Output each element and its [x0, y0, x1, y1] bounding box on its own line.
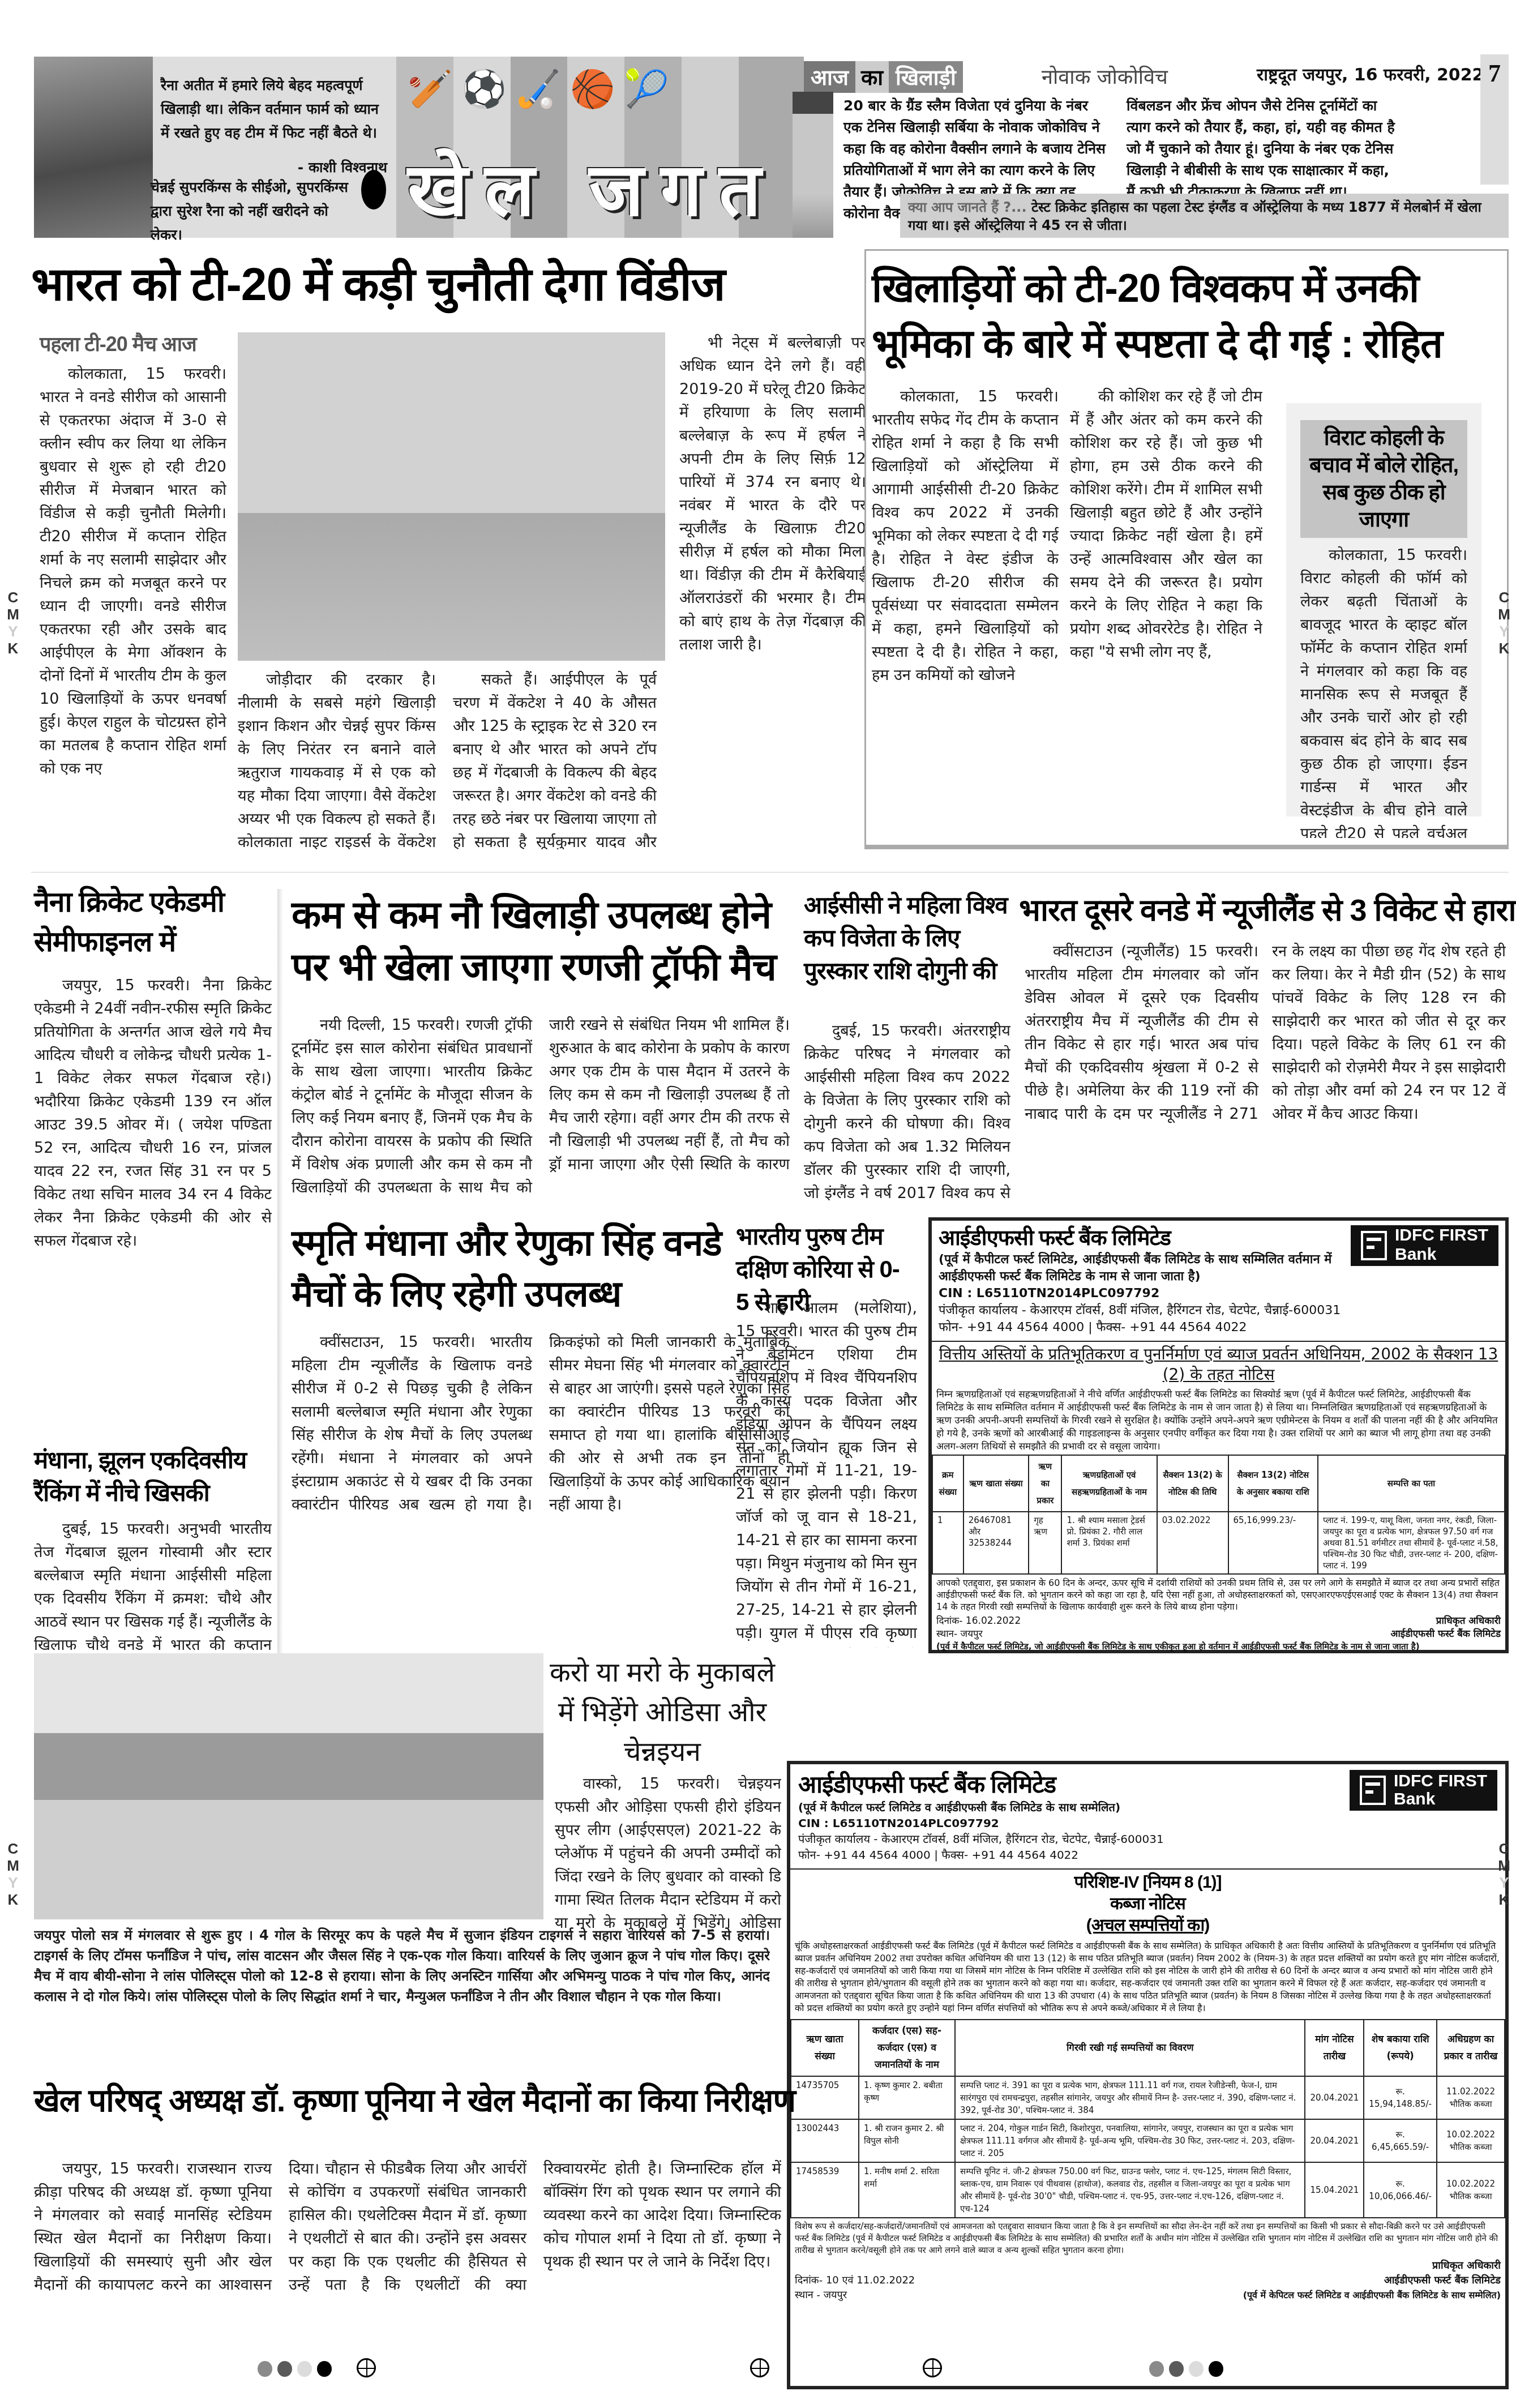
ad2-address: पंजीकृत कार्यालय - केआरएम टॉवर्स, 8वीं म…: [798, 1831, 1164, 1847]
ad2-date: दिनांक- 10 एवं 11.02.2022: [795, 2273, 915, 2288]
rohit-headline: खिलाड़ियों को टी-20 विश्वकप में उनकी भूम…: [872, 260, 1500, 371]
ad2-title: आईडीएफसी फर्स्ट बैंक लिमिटेड: [798, 1770, 1164, 1799]
ad1-cin: CIN : L65110TN2014PLC097792: [939, 1285, 1346, 1302]
aaj-ka-khiladi-label: आज का खिलाड़ी: [804, 61, 963, 93]
ad2-footer-text: विशेष रूप से कर्जदार/सह-कर्जदारों/जमानति…: [790, 2218, 1505, 2259]
isl-text: वास्को, 15 फरवरी। चेन्नइयन एफसी और ओड़िस…: [555, 1772, 781, 1931]
ad1-subtitle: (पूर्व में कैपीटल फर्स्ट लिमिटेड, आईडीएफ…: [939, 1251, 1346, 1285]
mandhana-ranking-headline: मंधाना, झूलन एकदिवसीय रैंकिंग में नीचे ख…: [34, 1444, 272, 1509]
ad1-table: क्रम संख्या ऋण खाता संख्या ऋण का प्रकार …: [932, 1455, 1505, 1575]
ad2-notice-subtitle: (अचल सम्पत्तियों का): [793, 1915, 1503, 1936]
ad2-appendix: परिशिष्ट-IV [नियम 8 (1)]: [793, 1872, 1503, 1893]
rohit-col1: कोलकाता, 15 फरवरी। भारतीय सफेद गेंद टीम …: [872, 385, 1059, 838]
label-khiladi: खिलाड़ी: [889, 61, 963, 93]
windies-kicker: पहला टी-20 मैच आज: [40, 330, 196, 357]
windies-col2: जोड़ीदार की दरकार है। नीलामी के सबसे महं…: [238, 668, 436, 849]
djokovic-photo: [793, 92, 833, 238]
windies-col4: भी नेट्स में बल्लेबाज़ी पर अधिक ध्यान दे…: [679, 331, 866, 863]
divider-1: [31, 872, 1509, 872]
windies-headline: भारत को टी-20 में कड़ी चुनौती देगा विंडी…: [31, 254, 869, 316]
idfc-logo-icon: [1360, 1776, 1386, 1805]
ad2-table: ऋण खाता संख्या कर्जदार (एस) सह-कर्जदार (…: [790, 2019, 1505, 2218]
mandhana-headline: स्मृति मंधाना और रेणुका सिंह वनडे मैचों …: [292, 1217, 722, 1319]
ad2-table-header: ऋण खाता संख्या कर्जदार (एस) सह-कर्जदार (…: [791, 2020, 1505, 2076]
quote-text: रैना अतीत में हमारे लिये बेहद महत्वपूर्ण…: [161, 74, 387, 145]
label-ka: का: [855, 61, 889, 93]
quote-context: चेन्नई सुपरकिंग्स के सीईओ, सुपरकिंग्स द्…: [151, 176, 360, 247]
color-dot-c: [258, 2361, 272, 2377]
page-number: 7: [1480, 54, 1509, 185]
ad1-notice-title: वित्तीय अस्तियों के प्रतिभूतिकरण व पुनर्…: [932, 1342, 1505, 1387]
ad2-subtitle: (पूर्व में कैपीटल फर्स्ट लिमिटेड व आईडीए…: [798, 1799, 1164, 1815]
color-dot-k: [317, 2361, 332, 2377]
color-dot-m: [1169, 2361, 1184, 2377]
ad1-address: पंजीकृत कार्यालय - केआरएम टॉवर्स, 8वीं म…: [939, 1302, 1346, 1319]
idfc-first-logo: IDFC FIRSTBank: [1351, 1225, 1498, 1266]
ad2-signatory: प्राधिकृत अधिकारी: [1243, 2259, 1501, 2273]
color-dot-y: [1189, 2361, 1204, 2377]
ad1-footer-text: आपको एतद्द्वारा, इस प्रकाशन के 60 दिन के…: [932, 1575, 1505, 1615]
rohit-col2: की कोशिश कर रहे हैं जो टीम में हैं और अं…: [1070, 385, 1262, 838]
cmyk-mark-left-bottom: CMYK: [5, 1840, 22, 1908]
registration-mark-icon: [750, 2358, 769, 2377]
icc-prize-headline: आईसीसी ने महिला विश्व कप विजेता के लिए प…: [804, 889, 1008, 987]
color-dot-c: [1149, 2361, 1164, 2377]
kasi-viswanathan-photo: [34, 57, 153, 238]
punia-headline: खेल परिषद् अध्यक्ष डॉ. कृष्णा पूनिया ने …: [34, 2078, 781, 2123]
polo-caption: जयपुर पोलो सत्र में मंगलवार से शुरू हुए …: [34, 1925, 770, 2033]
ad1-date: दिनांक- 16.02.2022: [936, 1615, 1021, 1628]
ad1-notice-text: निम्न ऋणग्रहिताओं एवं सहऋणग्रहिताओं ने न…: [932, 1387, 1505, 1455]
punia-text: जयपुर, 15 फरवरी। राजस्थान राज्य क्रीड़ा …: [34, 2157, 781, 2384]
divider-v1: [277, 889, 283, 1761]
color-dot-m: [277, 2361, 292, 2377]
label-aaj: आज: [804, 61, 855, 93]
registration-mark-icon: [357, 2358, 376, 2377]
kohli-sidebar-headline: विराट कोहली के बचाव में बोले रोहित, सब क…: [1300, 420, 1467, 538]
ad1-signatory: प्राधिकृत अधिकारी: [1390, 1615, 1501, 1628]
did-you-know-label: क्या आप जानते हैं ?...: [908, 199, 1027, 215]
windies-col1: कोलकाता, 15 फरवरी। भारत ने वनडे सीरीज को…: [40, 362, 226, 849]
ad1-table-header: क्रम संख्या ऋण खाता संख्या ऋण का प्रकार …: [932, 1455, 1505, 1512]
ad1-place: स्थान- जयपुर: [936, 1628, 1021, 1641]
quote-banner: रैना अतीत में हमारे लिये बेहद महत्वपूर्ण…: [34, 57, 396, 238]
ad2-signatory-org: आईडीएफसी फर्स्ट बैंक लिमिटेड: [1243, 2273, 1501, 2288]
naina-text: जयपुर, 15 फरवरी। नैना क्रिकेट एकेडमी ने …: [34, 974, 272, 1438]
kohli-sidebar: विराट कोहली के बचाव में बोले रोहित, सब क…: [1286, 403, 1481, 816]
badminton-text: शाह आलम (मलेशिया), 15 फरवरी। भारत की पुर…: [736, 1297, 917, 1648]
color-dot-y: [297, 2361, 312, 2377]
color-dot-k: [1209, 2361, 1223, 2377]
registration-mark-icon: [923, 2358, 942, 2377]
ranji-text: नयी दिल्ली, 15 फरवरी। रणजी ट्रॉफी टूर्ना…: [292, 1013, 790, 1206]
nz-odi-text: क्वींसटाउन (न्यूजीलैंड) 15 फरवरी। भारतीय…: [1025, 940, 1506, 1200]
ad1-signatory-org: आईडीएफसी फर्स्ट बैंक लिमिटेड: [1390, 1628, 1501, 1641]
idfc-ad-notice-13-2: आईडीएफसी फर्स्ट बैंक लिमिटेड (पूर्व में …: [928, 1217, 1509, 1653]
idfc-ad-possession-notice: आईडीएफसी फर्स्ट बैंक लिमिटेड (पूर्व में …: [787, 1761, 1509, 2389]
cmyk-mark-right-top: CMYK: [1496, 589, 1513, 657]
idfc-logo-icon: [1361, 1231, 1387, 1260]
kohli-sidebar-text: कोलकाता, 15 फरवरी। विराट कोहली की फॉर्म …: [1300, 544, 1467, 838]
ad2-notice-text: चूंकि अधोहस्ताक्षरकर्ता आईडीएफसी फर्स्ट …: [790, 1939, 1505, 2016]
table-row: 13002443 1. श्री राजन कुमार 2. श्री विपु…: [791, 2119, 1505, 2162]
comma-ornament: [361, 170, 386, 209]
cmyk-mark-right-bottom: CMYK: [1496, 1840, 1513, 1908]
ad2-cin: CIN : L65110TN2014PLC097792: [798, 1815, 1164, 1831]
windies-col3: सकते हैं। आईपीएल के पूर्व चरण में वेंकटे…: [453, 668, 657, 849]
dateline: राष्ट्रदूत जयपुर, 16 फरवरी, 2022: [1257, 62, 1484, 85]
ad2-bottom-note: (पूर्व में केपिटल फर्स्ट लिमिटेड व आईडीए…: [1243, 2288, 1501, 2303]
table-row: 1 26467081 और 32538244 गृह ऋण 1. श्री श्…: [932, 1512, 1505, 1574]
did-you-know-box: क्या आप जानते हैं ?... टेस्ट क्रिकेट इति…: [900, 194, 1509, 238]
ad2-contact: फोन- +91 44 4564 4000 | फैक्स- +91 44 45…: [798, 1847, 1164, 1863]
ad1-bottom-note: (पूर्व में कैपीटल फर्स्ट लिमिटेड, जो आईड…: [932, 1641, 1505, 1652]
sports-icons: 🏏⚽🏑🏀🎾: [408, 68, 678, 110]
windies-practice-photo: [238, 332, 665, 661]
isl-headline: करो या मरो के मुकाबले में भिड़ेंगे ओडिसा…: [543, 1653, 781, 1772]
ad2-notice-title: कब्जा नोटिस: [793, 1893, 1503, 1915]
naina-headline: नैना क्रिकेट एकेडमी सेमीफाइनल में: [34, 882, 272, 961]
player-name: नोवाक जोकोविच: [1042, 62, 1168, 90]
polo-photo: [34, 1653, 543, 1919]
icc-prize-text: दुबई, 15 फरवरी। अंतरराष्ट्रीय क्रिकेट पर…: [804, 1019, 1010, 1206]
ad2-place: स्थान - जयपुर: [795, 2288, 915, 2303]
cmyk-mark-left-top: CMYK: [5, 589, 22, 657]
ad1-title: आईडीएफसी फर्स्ट बैंक लिमिटेड: [939, 1225, 1346, 1251]
section-banner: 🏏⚽🏑🏀🎾 खेल जगत: [396, 57, 804, 238]
nz-odi-headline: भारत दूसरे वनडे में न्यूजीलैंड से 3 विके…: [1019, 889, 1511, 932]
player-text-col2: विंबलडन और फ्रेंच ओपन जैसे टेनिस टूर्नाम…: [1127, 95, 1398, 203]
ad1-contact: फोन- +91 44 4564 4000 | फैक्स- +91 44 45…: [939, 1319, 1346, 1336]
table-row: 17458539 1. मनीष शर्मा 2. सरिता शर्मा सम…: [791, 2162, 1505, 2218]
mandhana-text: क्वींसटाउन, 15 फरवरी। भारतीय महिला टीम न…: [292, 1331, 790, 1648]
table-row: 14735705 1. कृष्ण कुमार 2. बबीता कृष्ण स…: [791, 2076, 1505, 2119]
ranji-headline: कम से कम नौ खिलाड़ी उपलब्ध होने पर भी खे…: [292, 889, 790, 993]
idfc-first-logo: IDFC FIRSTBank: [1350, 1770, 1497, 1811]
section-title: खेल जगत: [408, 147, 778, 232]
